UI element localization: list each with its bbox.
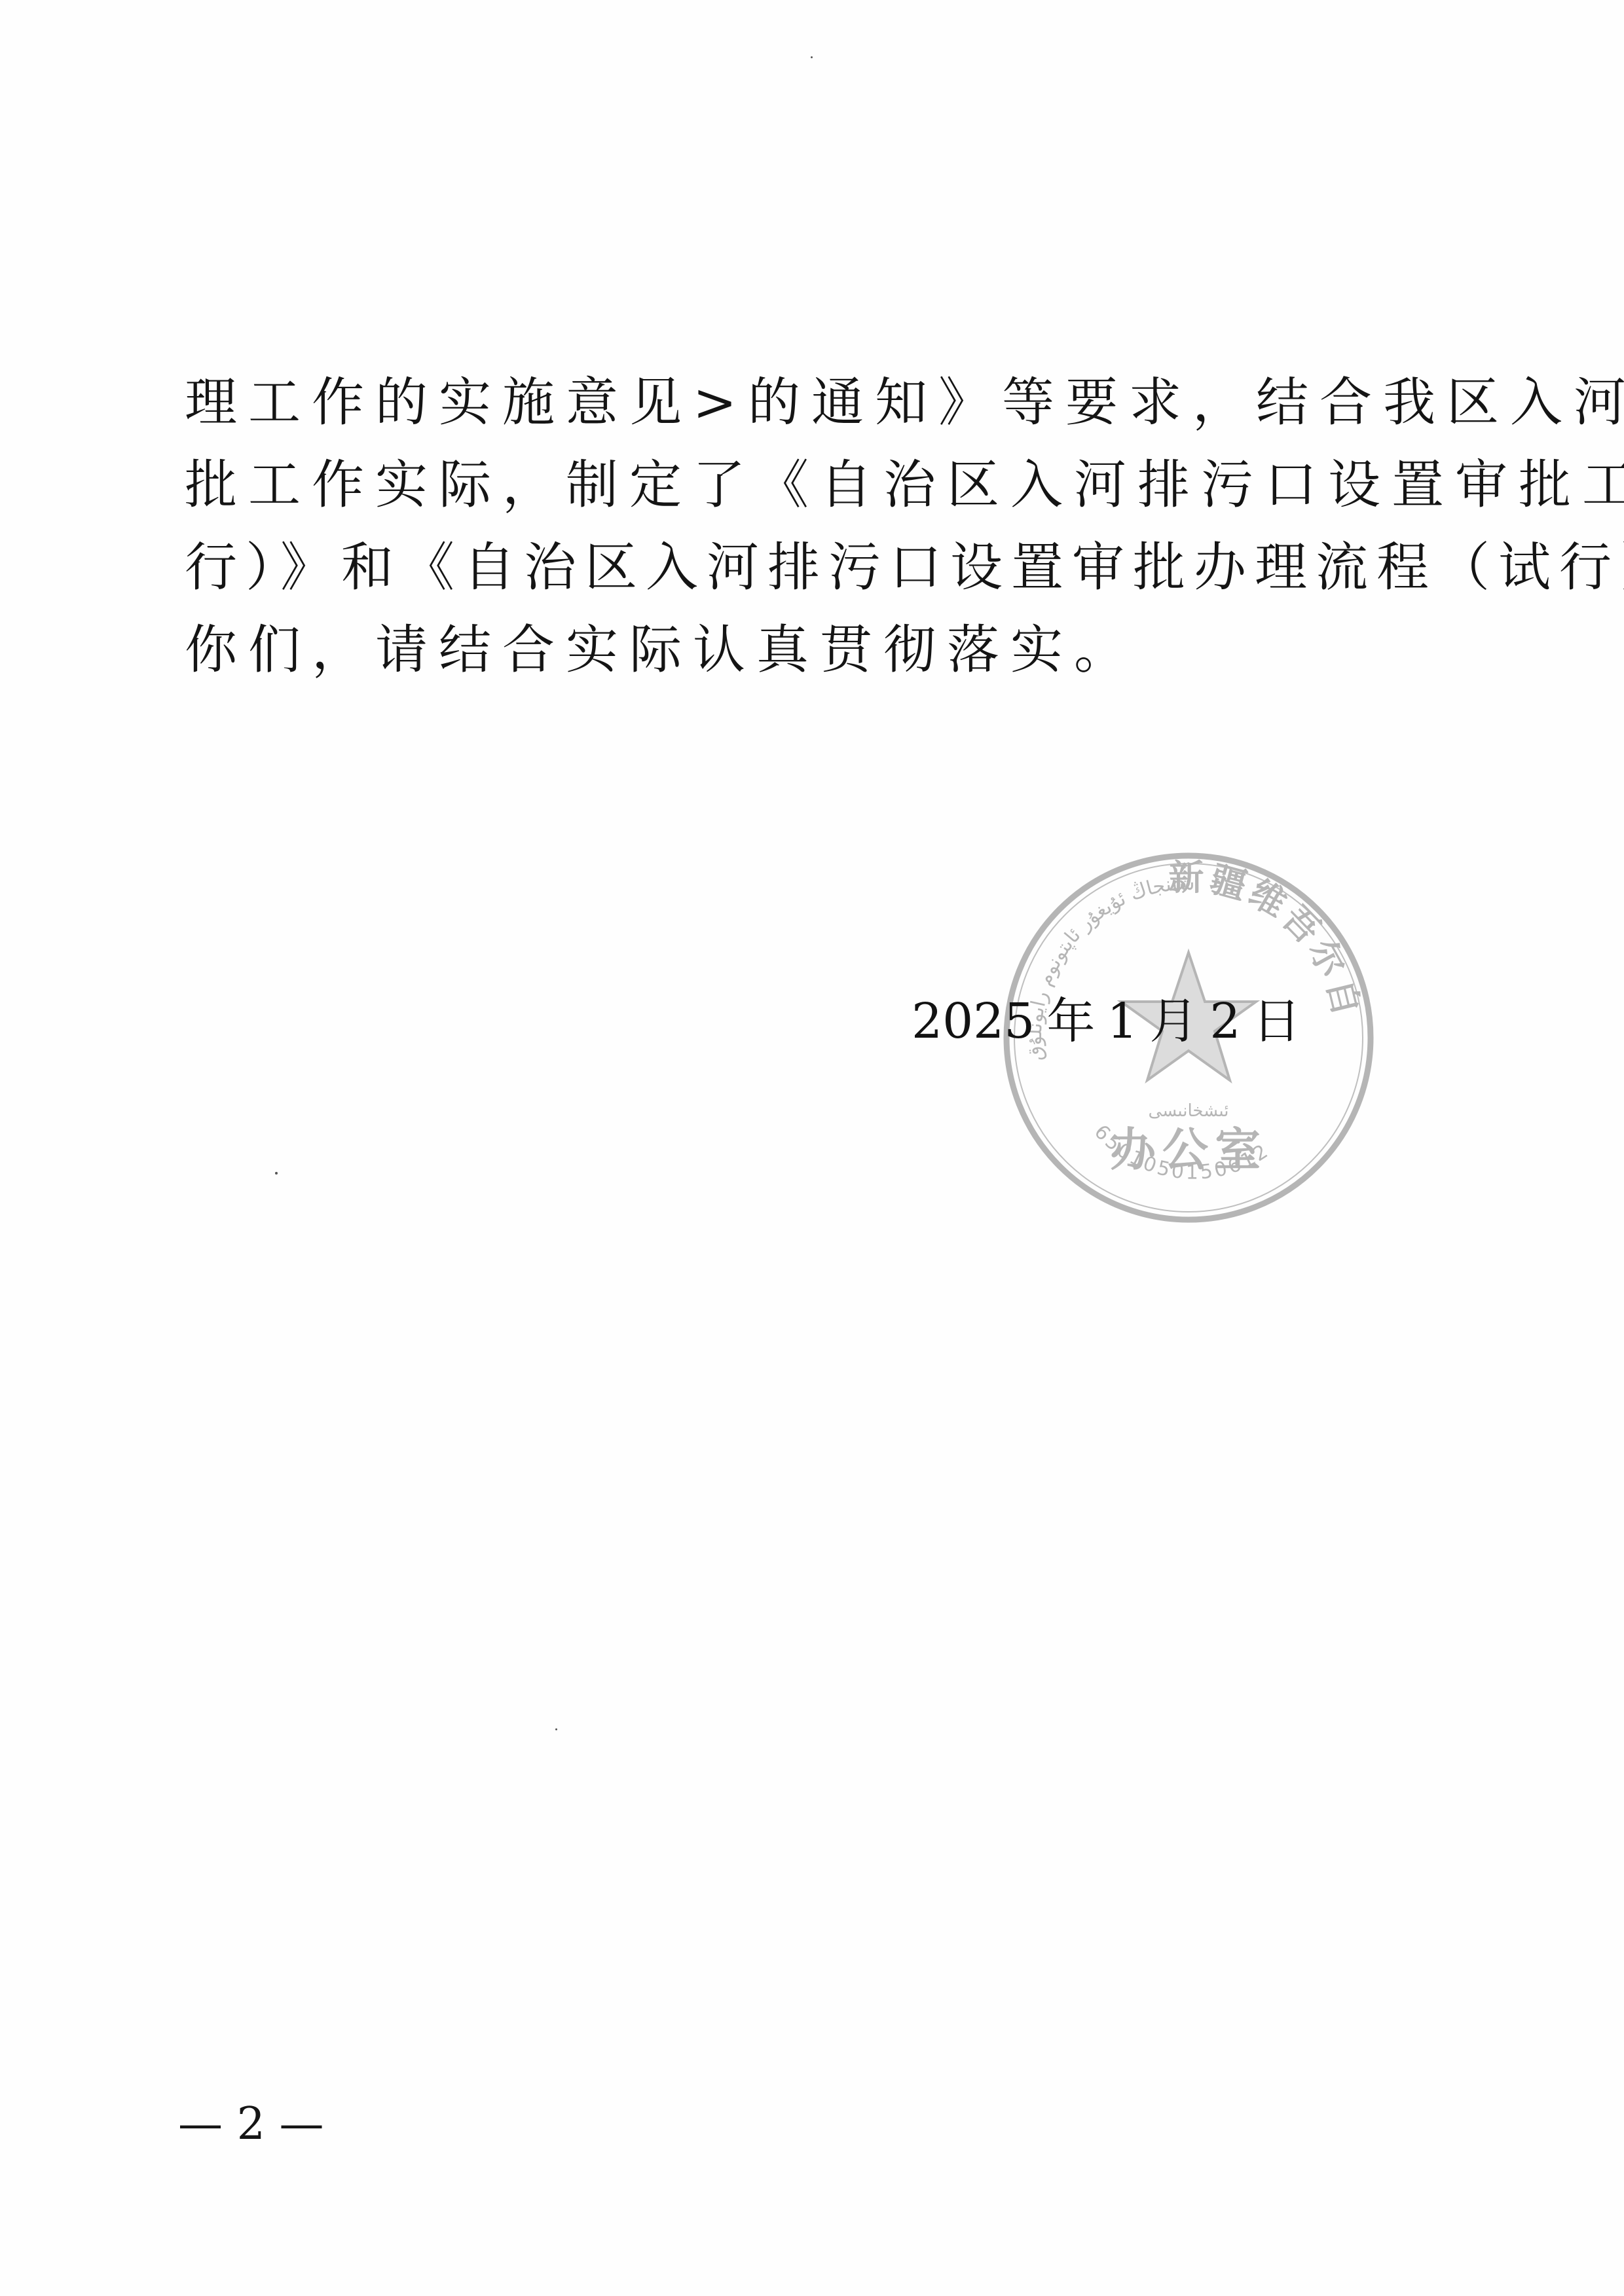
page-number: — 2 — xyxy=(178,2098,324,2151)
svg-text:ئىشخانىسى: ئىشخانىسى xyxy=(1149,1101,1229,1121)
body-line-4: 你们，请结合实际认真贯彻落实。 xyxy=(185,614,1416,697)
scan-speck xyxy=(555,1728,557,1730)
date-day-unit: 日 xyxy=(1253,993,1301,1049)
scan-speck xyxy=(275,1172,278,1175)
date-year-unit: 年 xyxy=(1046,993,1095,1049)
date-month: 1 xyxy=(1107,993,1137,1049)
body-line-1: 理工作的实施意见>的通知》等要求，结合我区入河排污口设置审 xyxy=(185,367,1416,449)
scan-speck xyxy=(811,56,813,58)
date-year: 2025 xyxy=(912,993,1035,1049)
date-month-unit: 月 xyxy=(1149,993,1198,1049)
body-paragraph: 理工作的实施意见>的通知》等要求，结合我区入河排污口设置审 批工作实际，制定了《… xyxy=(185,367,1416,697)
document-date: 2025年1月2日 xyxy=(912,989,1313,1054)
body-line-3: 行）》和《自治区入河排污口设置审批办理流程（试行）》，现印发 xyxy=(185,532,1416,614)
document-page: 理工作的实施意见>的通知》等要求，结合我区入河排污口设置审 批工作实际，制定了《… xyxy=(0,0,1624,2296)
date-day: 2 xyxy=(1209,993,1240,1049)
body-line-2: 批工作实际，制定了《自治区入河排污口设置审批工作程序（试 xyxy=(185,449,1416,532)
